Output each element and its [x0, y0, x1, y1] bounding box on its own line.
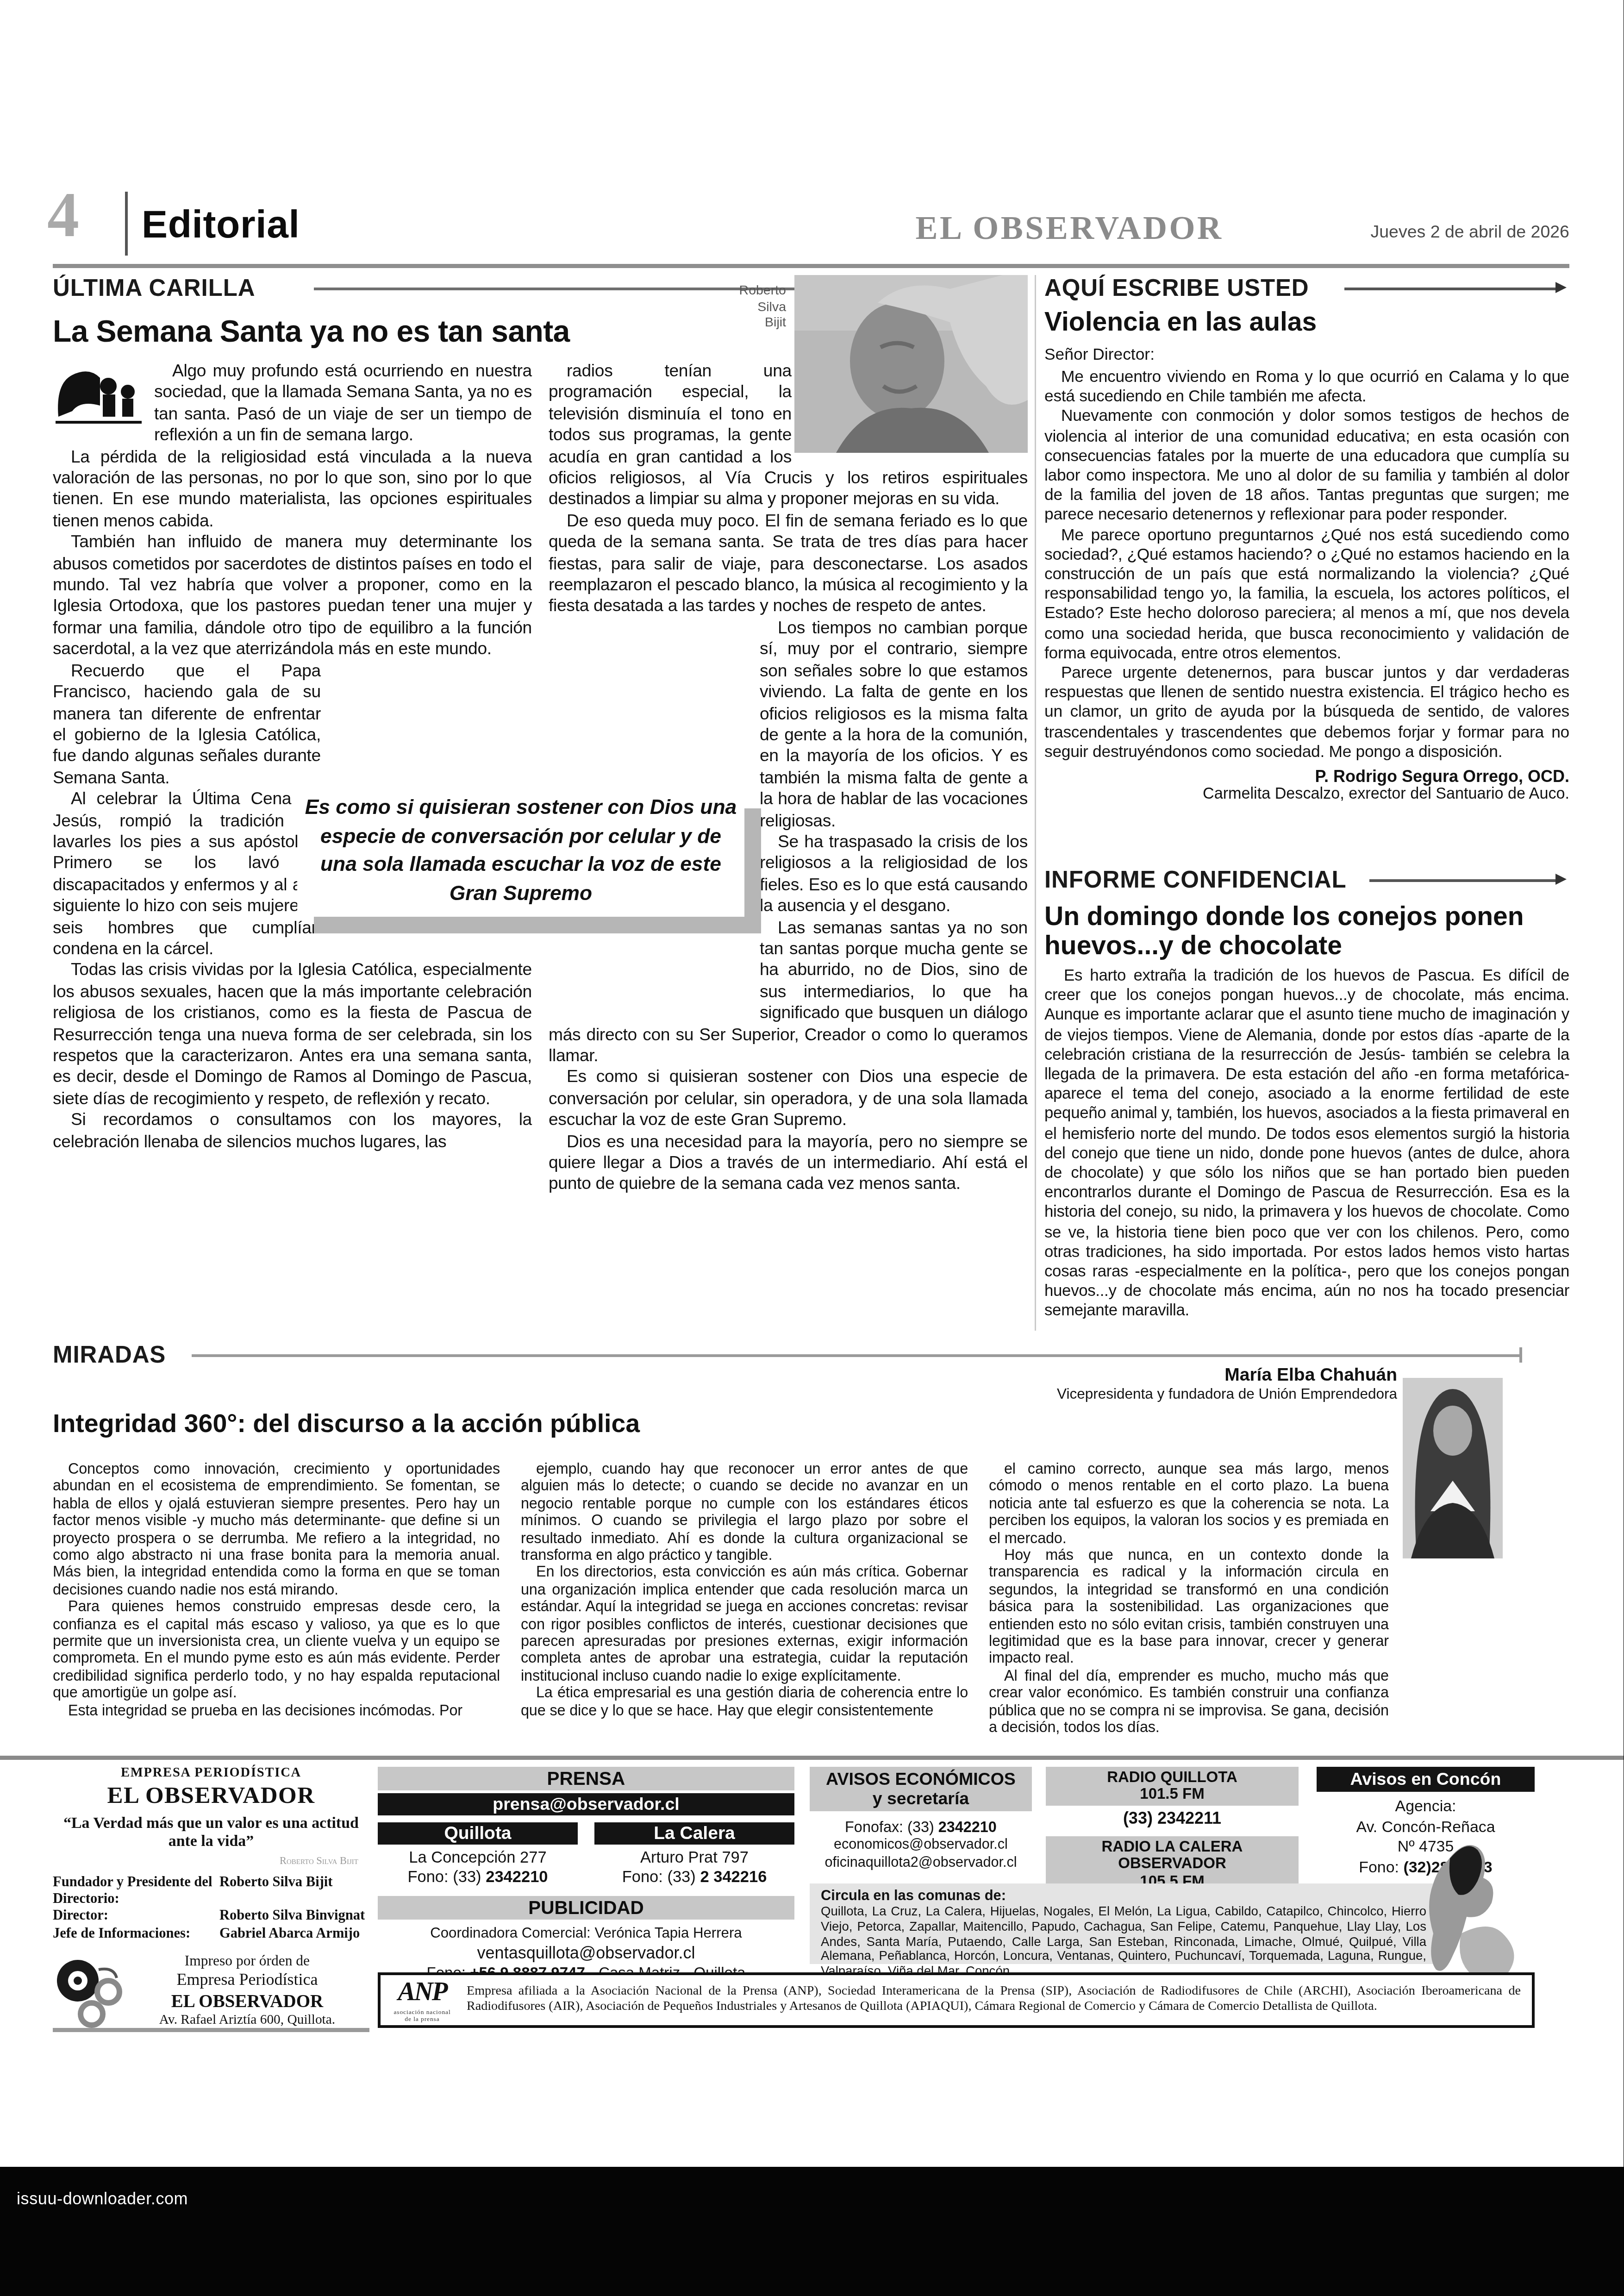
photo-spacer: [792, 361, 1028, 450]
phone-label: Fonofax: (33): [845, 1820, 934, 1836]
paragraph: el camino correcto, aunque sea más largo…: [989, 1461, 1389, 1547]
photo-caption: Roberto Silva Bijit: [675, 283, 786, 332]
staff-role: Fundador y Presidente del Directorio:: [53, 1875, 219, 1907]
office-phone: Fono: (33) 2 342216: [594, 1870, 794, 1886]
publicidad-coordinator: Coordinadora Comercial: Verónica Tapia H…: [378, 1927, 794, 1942]
avisos-fonofax: Fonofax: (33) 2342210: [810, 1820, 1032, 1836]
printed-by-block: Impreso por órden de Empresa Periodístic…: [53, 1954, 369, 2028]
prensa-email-bar: prensa@observador.cl: [378, 1793, 794, 1815]
staff-role: Jefe de Informaciones:: [53, 1926, 219, 1942]
miradas-rule: [192, 1354, 1522, 1357]
section-rule: [1369, 879, 1555, 882]
article-headline: La Semana Santa ya no es tan santa: [53, 314, 570, 350]
miradas-col3: el camino correcto, aunque sea más largo…: [989, 1461, 1389, 1737]
avisos-title-line: y secretaría: [810, 1789, 1032, 1808]
section-title: Editorial: [142, 203, 300, 247]
footer-rule: [0, 1756, 1624, 1759]
paragraph: Para quienes hemos construido empresas d…: [53, 1599, 500, 1702]
page-number: 4: [47, 183, 79, 247]
paragraph: Si recordamos o consultamos con los mayo…: [53, 1110, 532, 1153]
staff-row: Jefe de Informaciones: Gabriel Abarca Ar…: [53, 1926, 369, 1942]
photo-caption-line: Bijit: [675, 315, 786, 332]
company-kicker: EMPRESA PERIODÍSTICA: [53, 1767, 369, 1781]
arrow-icon: [1555, 874, 1567, 885]
office-la-calera: La Calera Arturo Prat 797 Fono: (33) 2 3…: [594, 1822, 794, 1886]
printed-by-line: EL OBSERVADOR: [125, 1990, 369, 2013]
anp-logo: ANP asociación nacional de la prensa: [392, 1978, 453, 2022]
staff-row: Fundador y Presidente del Directorio: Ro…: [53, 1875, 369, 1907]
miradas-section: MIRADAS María Elba Chahuán Vicepresident…: [53, 1342, 1569, 1758]
phone-number: 2342210: [486, 1870, 548, 1886]
section-rule: [1344, 288, 1555, 290]
press-icon: [53, 1955, 125, 2027]
printed-by: Impreso por órden de Empresa Periodístic…: [125, 1954, 369, 2028]
paragraph: La pérdida de la religiosidad está vincu…: [53, 447, 532, 532]
concon-title-bar: Avisos en Concón: [1317, 1767, 1535, 1792]
anp-letters: ANP: [398, 1978, 447, 2007]
paragraph: Dios es una necesidad para la mayoría, p…: [549, 1132, 1028, 1196]
avisos-email: economicos@observador.cl: [810, 1836, 1032, 1854]
watermark-bar: [0, 2167, 1624, 2296]
staff-list: Fundador y Presidente del Directorio: Ro…: [53, 1875, 369, 1942]
article-col1: Algo muy profundo está ocurriendo en nue…: [53, 361, 532, 1153]
letter-salutation: Señor Director:: [1044, 344, 1155, 364]
avisos-title-line: AVISOS ECONÓMICOS: [810, 1770, 1032, 1789]
avisos-title-bar: AVISOS ECONÓMICOS y secretaría: [810, 1767, 1032, 1811]
photo-caption-line: Roberto: [675, 283, 786, 300]
paragraph: Conceptos como innovación, crecimiento y…: [53, 1461, 500, 1599]
staff-role: Director:: [53, 1908, 219, 1925]
printed-by-line: Impreso por órden de: [125, 1954, 369, 1970]
phone-label: Fono: (33): [622, 1870, 696, 1886]
office-address: Arturo Prat 797: [594, 1849, 794, 1870]
aqui-escribe-usted-label: AQUÍ ESCRIBE USTED: [1044, 275, 1309, 303]
phone-label: Fono: (33): [407, 1870, 481, 1886]
affiliation-text: Empresa afiliada a la Asociación Naciona…: [467, 1984, 1521, 2016]
office-quillota: Quillota La Concepción 277 Fono: (33) 23…: [378, 1822, 578, 1886]
miradas-author: María Elba Chahuán: [814, 1364, 1397, 1385]
company-block: EMPRESA PERIODÍSTICA EL OBSERVADOR “La V…: [53, 1767, 369, 2028]
concon-agency: Agencia:: [1317, 1797, 1535, 1818]
office-phone: Fono: (33) 2342210: [378, 1870, 578, 1886]
phone-label: Fono:: [1359, 1859, 1399, 1876]
informe-body: Es harto extraña la tradición de los hue…: [1044, 967, 1569, 1322]
letter-paragraph: Me parece oportuno preguntarnos ¿Qué nos…: [1044, 525, 1569, 663]
column-divider: [1035, 275, 1036, 1331]
informe-headline: Un domingo donde los conejos ponen huevo…: [1044, 903, 1544, 961]
staff-name: Roberto Silva Binvignat: [219, 1908, 369, 1925]
staff-name: Roberto Silva Bijit: [219, 1875, 369, 1907]
phone-number: 2342210: [938, 1820, 997, 1836]
miradas-label: MIRADAS: [53, 1342, 166, 1370]
watermark-text: issuu-downloader.com: [17, 2189, 188, 2208]
staff-row: Director: Roberto Silva Binvignat: [53, 1908, 369, 1925]
company-bottom-rule: [53, 2028, 369, 2032]
paragraph: Todas las crisis vividas por la Iglesia …: [53, 960, 532, 1110]
paragraph: De eso queda muy poco. El fin de semana …: [549, 511, 1028, 618]
radio-name: RADIO QUILLOTA: [1046, 1769, 1299, 1787]
office-city-bar: Quillota: [378, 1822, 578, 1845]
concon-address: Av. Concón-Reñaca: [1317, 1818, 1535, 1838]
motto-author: Roberto Silva Bijit: [53, 1854, 358, 1867]
region-map-graphic: [1405, 1836, 1537, 1986]
company-motto: “La Verdad más que un valor es una actit…: [53, 1815, 369, 1852]
paragraph: También han influido de manera muy deter…: [53, 532, 532, 661]
miradas-author-block: María Elba Chahuán Vicepresidenta y fund…: [814, 1364, 1397, 1403]
avisos-email: oficinaquillota2@observador.cl: [810, 1854, 1032, 1872]
miradas-col1: Conceptos como innovación, crecimiento y…: [53, 1461, 500, 1720]
publicidad-title-bar: PUBLICIDAD: [378, 1896, 794, 1920]
avisos-block: AVISOS ECONÓMICOS y secretaría Fonofax: …: [810, 1767, 1032, 1872]
publicidad-email: ventasquillota@observador.cl: [378, 1943, 794, 1963]
informe-confidencial-label: INFORME CONFIDENCIAL: [1044, 867, 1347, 895]
author-portrait: [1403, 1378, 1503, 1558]
circulation-title: Circula en las comunas de:: [821, 1889, 1426, 1904]
radio-quillota-bar: RADIO QUILLOTA 101.5 FM: [1046, 1767, 1299, 1806]
pull-quote: Es como si quisieran sostener con Dios u…: [297, 792, 744, 917]
radio-name: RADIO LA CALERA OBSERVADOR: [1046, 1839, 1299, 1873]
office-city-bar: La Calera: [594, 1822, 794, 1845]
paragraph: En los directorios, esta convicción es a…: [521, 1564, 968, 1685]
ultima-carilla-label: ÚLTIMA CARILLA: [53, 275, 256, 303]
masthead: EL OBSERVADOR: [861, 211, 1278, 249]
letter-paragraph: Parece urgente detenernos, para buscar j…: [1044, 663, 1569, 761]
signature-name: P. Rodrigo Segura Orrego, OCD.: [1044, 767, 1569, 786]
paragraph: La ética empresarial es una gestión diar…: [521, 1685, 968, 1720]
paragraph: Al final del día, emprender es mucho, mu…: [989, 1668, 1389, 1737]
phone-number: 2 342216: [700, 1870, 767, 1886]
circulation-text: Quillota, La Cruz, La Calera, Hijuelas, …: [821, 1904, 1426, 1979]
letter-body: Me encuentro viviendo en Roma y lo que o…: [1044, 367, 1569, 803]
paragraph: Es como si quisieran sostener con Dios u…: [549, 1067, 1028, 1132]
header-rule: [53, 264, 1569, 268]
letter-paragraph: Me encuentro viviendo en Roma y lo que o…: [1044, 367, 1569, 406]
page-date: Jueves 2 de abril de 2026: [1370, 222, 1569, 242]
prensa-block: PRENSA prensa@observador.cl Quillota La …: [378, 1767, 794, 1982]
company-name: EL OBSERVADOR: [53, 1782, 369, 1810]
letter-paragraph: Nuevamente con conmoción y dolor somos t…: [1044, 406, 1569, 525]
header-divider: [125, 192, 127, 256]
printed-by-line: Av. Rafael Ariztía 600, Quillota.: [125, 2013, 369, 2028]
printed-by-line: Empresa Periodística: [125, 1970, 369, 1990]
photo-caption-line: Silva: [675, 300, 786, 316]
main-content: ÚLTIMA CARILLA La Semana Santa ya no es …: [53, 272, 1569, 1345]
paragraph: Hoy más que nunca, en un contexto donde …: [989, 1547, 1389, 1668]
paragraph: Esta integridad se prueba en las decisio…: [53, 1702, 500, 1720]
miradas-col2: ejemplo, cuando hay que reconocer un err…: [521, 1461, 968, 1720]
radio-phone: (33) 2342211: [1046, 1808, 1299, 1828]
article-col2: radios tenían una programación especial,…: [549, 361, 1028, 1196]
circulation-box: Circula en las comunas de: Quillota, La …: [810, 1883, 1437, 1964]
miradas-headline: Integridad 360°: del discurso a la acció…: [53, 1408, 640, 1439]
signature-title: Carmelita Descalzo, exrector del Santuar…: [1044, 786, 1569, 803]
letter-headline: Violencia en las aulas: [1044, 308, 1317, 339]
prensa-title-bar: PRENSA: [378, 1767, 794, 1790]
newspaper-page: 4 Editorial EL OBSERVADOR Jueves 2 de ab…: [0, 0, 1624, 2296]
anp-subtitle: asociación nacional de la prensa: [392, 2008, 453, 2022]
arrow-icon: [1555, 282, 1567, 293]
staff-name: Gabriel Abarca Armijo: [219, 1926, 369, 1942]
lead-illustration: [53, 364, 144, 428]
miradas-author-title: Vicepresidenta y fundadora de Unión Empr…: [814, 1386, 1397, 1403]
paragraph: ejemplo, cuando hay que reconocer un err…: [521, 1461, 968, 1564]
radio-frequency: 101.5 FM: [1046, 1786, 1299, 1804]
office-address: La Concepción 277: [378, 1849, 578, 1870]
affiliation-box: ANP asociación nacional de la prensa Emp…: [378, 1972, 1535, 2028]
miradas-rule-tick: [1519, 1347, 1522, 1363]
